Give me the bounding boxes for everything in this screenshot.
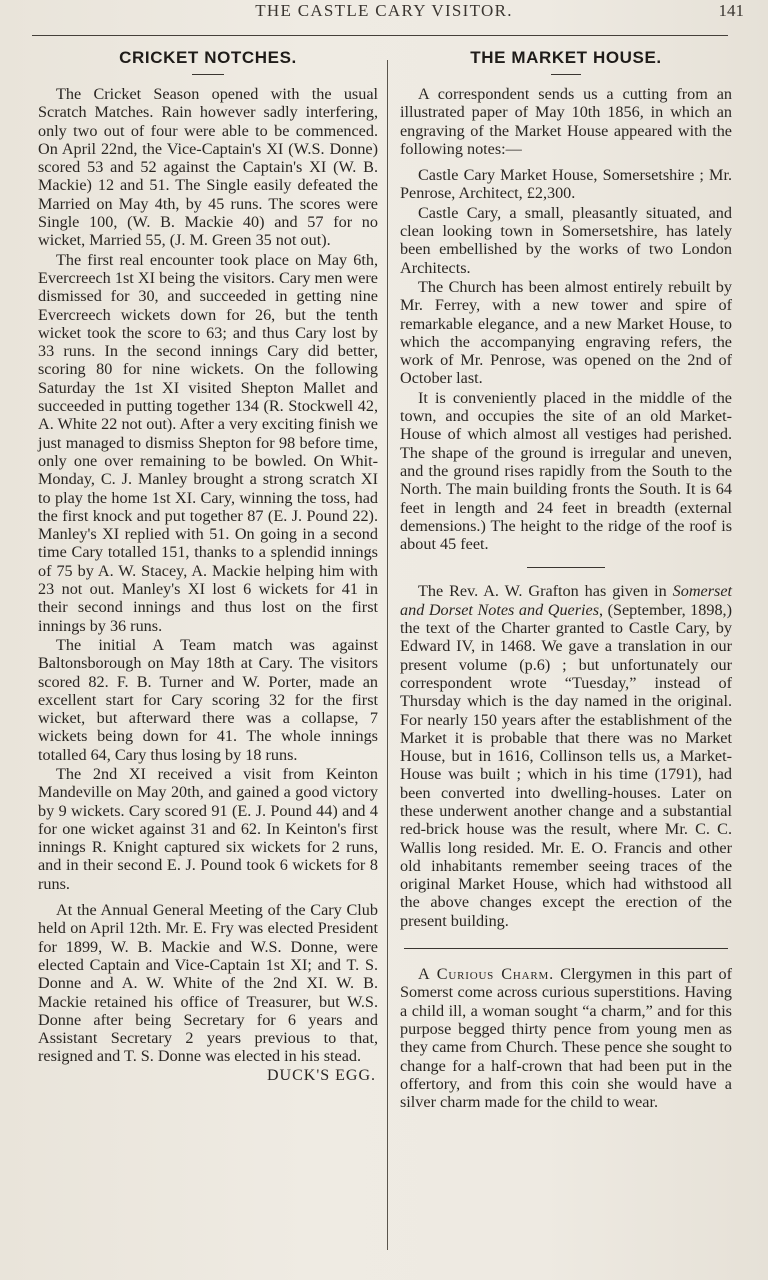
paragraph-text: Clergymen in this part of Somerst come a… <box>400 965 732 1111</box>
paragraph: Castle Cary, a small, pleasantly situate… <box>400 204 732 277</box>
paragraph: It is conveniently placed in the middle … <box>400 389 732 554</box>
page-number: 141 <box>719 1 745 21</box>
paragraph: The Cricket Season opened with the usual… <box>38 85 378 250</box>
paragraph: A correspondent sends us a cutting from … <box>400 85 732 158</box>
grafton-paragraph: The Rev. A. W. Grafton has given in Some… <box>400 582 732 930</box>
section-separator <box>527 567 605 568</box>
running-header: THE CASTLE CARY VISITOR. 141 <box>0 0 768 30</box>
paragraph: The 2nd XI received a visit from Keinton… <box>38 765 378 893</box>
paragraph: At the Annual General Meeting of the Car… <box>38 901 378 1066</box>
column-divider <box>387 60 388 1250</box>
paragraph: The Church has been almost entirely rebu… <box>400 278 732 388</box>
article-title: CRICKET NOTCHES. <box>38 48 378 68</box>
article-market-house: THE MARKET HOUSE. A correspondent sends … <box>400 44 732 1112</box>
running-title: THE CASTLE CARY VISITOR. <box>0 1 768 21</box>
paragraph: Castle Cary Market House, Somersetshire … <box>400 166 732 203</box>
author-signature: DUCK'S EGG. <box>38 1067 378 1085</box>
paragraph: The first real encounter took place on M… <box>38 251 378 635</box>
item-title: A Curious Charm. <box>418 965 554 983</box>
magazine-page: THE CASTLE CARY VISITOR. 141 CRICKET NOT… <box>0 0 768 1280</box>
title-rule <box>551 74 581 75</box>
section-separator <box>404 948 728 949</box>
paragraph-text: , (September, 1898,) the text of the Cha… <box>400 601 732 930</box>
paragraph: The initial A Team match was against Bal… <box>38 636 378 764</box>
article-cricket-notches: CRICKET NOTCHES. The Cricket Season open… <box>38 44 378 1085</box>
article-title: THE MARKET HOUSE. <box>400 48 732 68</box>
header-rule <box>32 35 728 36</box>
curious-charm-paragraph: A Curious Charm. Clergymen in this part … <box>400 965 732 1111</box>
title-rule <box>192 74 224 75</box>
paragraph-text: The Rev. A. W. Grafton has given in <box>418 582 673 600</box>
